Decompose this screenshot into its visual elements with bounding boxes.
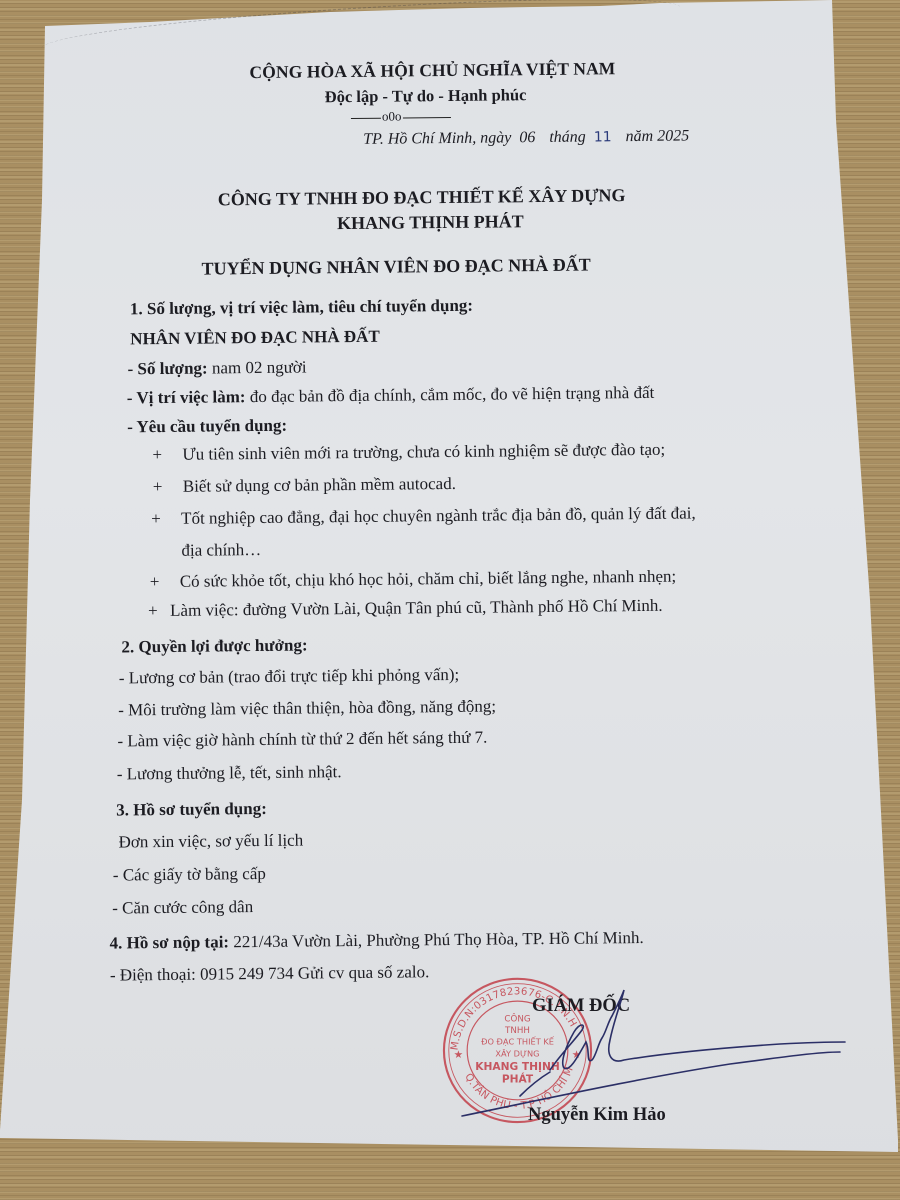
requirement-text: Ưu tiên sinh viên mới ra trường, chưa có… xyxy=(182,440,665,464)
document-item: - Căn cước công dân xyxy=(112,897,253,918)
requirement-text: Biết sử dụng cơ bản phần mềm autocad. xyxy=(183,474,456,496)
company-name-line2: KHANG THỊNH PHÁT xyxy=(337,211,524,234)
stamp-company-name: KHANG THỊNH xyxy=(475,1060,560,1073)
bullet-plus-icon: + xyxy=(148,601,170,621)
stamp-center-line: CÔNG xyxy=(504,1012,530,1024)
submission-address: 221/43a Vườn Lài, Phường Phú Thọ Hòa, TP… xyxy=(229,928,644,951)
stamp-star-right-icon: ★ xyxy=(572,1048,582,1061)
date-line: TP. Hồ Chí Minh, ngày 06 tháng 11 năm 20… xyxy=(363,127,689,148)
bullet-plus-icon: + xyxy=(153,477,183,497)
job-location-line: - Vị trí việc làm: đo đạc bản đồ địa chí… xyxy=(127,383,655,409)
benefit-item: - Lương cơ bản (trao đổi trực tiếp khi p… xyxy=(119,665,460,689)
company-name-line1: CÔNG TY TNHH ĐO ĐẠC THIẾT KẾ XÂY DỰNG xyxy=(218,185,626,210)
quantity-value: nam 02 người xyxy=(208,357,307,377)
stamp-center-line: XÂY DỰNG xyxy=(495,1047,539,1058)
quantity-label: - Số lượng: xyxy=(127,359,207,379)
benefit-item: - Làm việc giờ hành chính từ thứ 2 đến h… xyxy=(117,728,487,752)
ornament-divider: o0o xyxy=(350,108,452,125)
job-location-label: - Vị trí việc làm: xyxy=(127,387,246,407)
requirement-item: +Biết sử dụng cơ bản phần mềm autocad. xyxy=(153,474,456,497)
bullet-plus-icon: + xyxy=(152,445,182,465)
requirement-text: địa chính… xyxy=(181,540,261,560)
requirement-item: +Ưu tiên sinh viên mới ra trường, chưa c… xyxy=(152,440,665,465)
date-year: năm 2025 xyxy=(626,127,690,145)
requirement-text: Tốt nghiệp cao đẳng, đại học chuyên ngàn… xyxy=(181,503,696,527)
date-month: 11 xyxy=(594,129,612,145)
requirement-item: +Có sức khỏe tốt, chịu khó học hỏi, chăm… xyxy=(150,567,677,593)
date-prefix: TP. Hồ Chí Minh, ngày xyxy=(363,129,511,148)
requirement-text: Có sức khỏe tốt, chịu khó học hỏi, chăm … xyxy=(180,567,677,591)
stamp-star-left-icon: ★ xyxy=(454,1048,464,1061)
bullet-plus-icon: + xyxy=(151,509,181,529)
date-day: 06 xyxy=(519,129,535,147)
section3-heading: 3. Hồ sơ tuyển dụng: xyxy=(116,799,267,821)
bullet-plus-icon: + xyxy=(150,572,180,592)
stamp-company-name: PHÁT xyxy=(502,1072,534,1085)
position-name: NHÂN VIÊN ĐO ĐẠC NHÀ ĐẤT xyxy=(130,327,380,350)
requirement-item: +Tốt nghiệp cao đẳng, đại học chuyên ngà… xyxy=(151,503,696,529)
quantity-line: - Số lượng: nam 02 người xyxy=(127,357,306,379)
stamp-center-line: ĐO ĐẠC THIẾT KẾ xyxy=(481,1036,555,1048)
signature-title: GIÁM ĐỐC xyxy=(532,996,630,1017)
section2-heading: 2. Quyền lợi được hưởng: xyxy=(121,635,307,657)
section1-heading: 1. Số lượng, vị trí việc làm, tiêu chí t… xyxy=(130,296,473,320)
country-header: CỘNG HÒA XÃ HỘI CHỦ NGHĨA VIỆT NAM xyxy=(249,58,615,83)
requirement-item: +Làm việc: đường Vườn Lài, Quận Tân phú … xyxy=(148,596,663,621)
benefit-item: - Môi trường làm việc thân thiện, hòa đồ… xyxy=(118,697,496,721)
phone-line: - Điện thoại: 0915 249 734 Gửi cv qua số… xyxy=(110,962,430,985)
document-item: Đơn xin việc, sơ yếu lí lịch xyxy=(118,831,303,853)
date-month-label: tháng xyxy=(549,129,586,146)
submission-label: 4. Hồ sơ nộp tại: xyxy=(109,932,229,952)
submission-address-line: 4. Hồ sơ nộp tại: 221/43a Vườn Lài, Phườ… xyxy=(109,928,643,954)
document-title: TUYỂN DỤNG NHÂN VIÊN ĐO ĐẠC NHÀ ĐẤT xyxy=(201,255,590,280)
signer-name: Nguyễn Kim Hảo xyxy=(528,1105,666,1126)
requirements-heading: - Yêu cầu tuyển dụng: xyxy=(127,416,287,438)
job-location-value: đo đạc bản đồ địa chính, cắm mốc, đo vẽ … xyxy=(245,383,654,406)
requirement-text: Làm việc: đường Vườn Lài, Quận Tân phú c… xyxy=(170,596,663,620)
ornament-text: o0o xyxy=(382,108,402,123)
requirement-item-continued: địa chính… xyxy=(151,540,261,561)
document-item: - Các giấy tờ bằng cấp xyxy=(113,864,266,886)
stamp-center-line: TNHH xyxy=(504,1026,530,1036)
motto: Độc lập - Tự do - Hạnh phúc xyxy=(325,85,527,107)
benefit-item: - Lương thưởng lễ, tết, sinh nhật. xyxy=(117,762,342,784)
